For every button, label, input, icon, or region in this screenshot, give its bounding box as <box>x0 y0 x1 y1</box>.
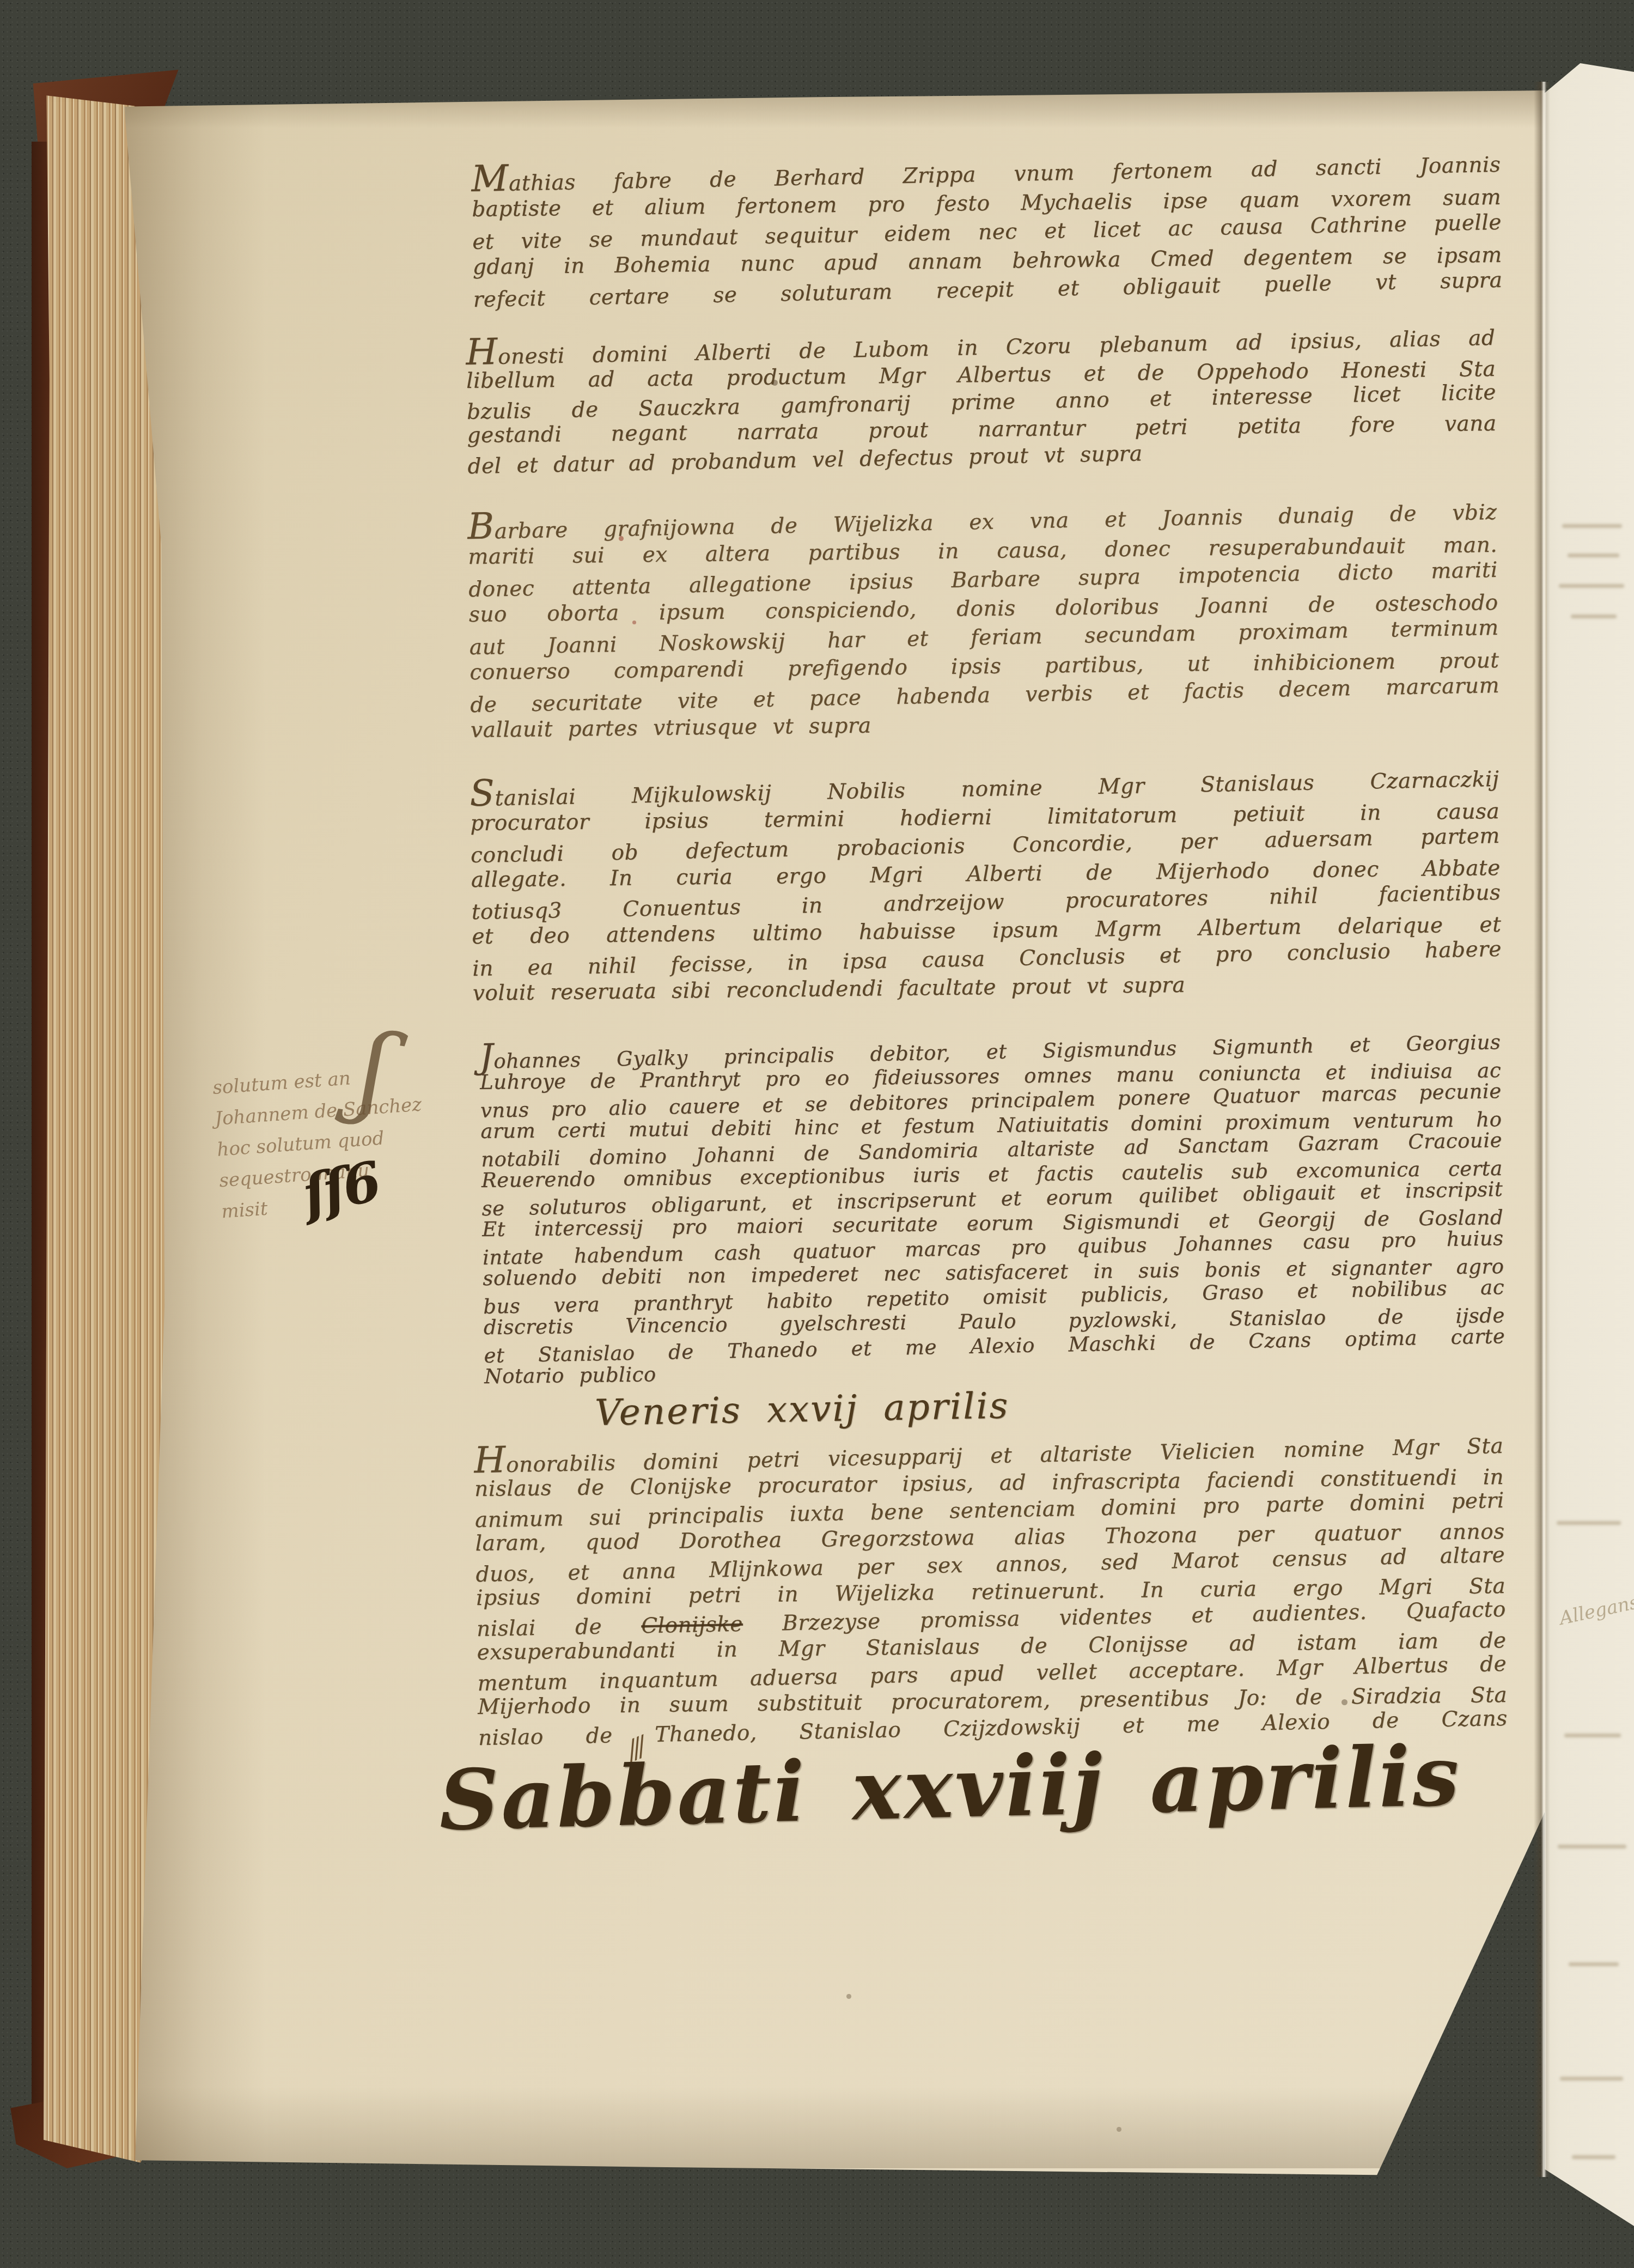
entry-paragraph-mathias: Mathias fabre de Berhard Zrippa vnum fer… <box>471 148 1503 312</box>
heading-veneris: Veneris xxvij aprilis <box>594 1384 1010 1433</box>
entry-paragraph-alberti: Honesti domini Alberti de Lubom in Czoru… <box>466 321 1497 478</box>
page-bottom-shadow <box>131 2087 1525 2168</box>
page-edge-crease <box>1534 82 1550 2177</box>
manuscript-page: Mathias fabre de Berhard Zrippa vnum fer… <box>0 0 1634 2268</box>
entry-paragraph-honorabilis: Honorabilis domini petri vicesupparij et… <box>474 1430 1508 1750</box>
entry-paragraph-johannes: Johannes Gyalky principalis debitor, et … <box>479 1026 1505 1390</box>
entry-paragraph-stanislai: Stanislai Mijkulowskij Nobilis nomine Mg… <box>470 763 1502 1010</box>
struck-word: Clonijske <box>641 1612 743 1639</box>
manuscript-photo: Mathias fabre de Berhard Zrippa vnum fer… <box>0 0 1634 2268</box>
entry-paragraph-barbare: Barbare grafnijowna de Wijelizka ex vna … <box>467 496 1500 746</box>
